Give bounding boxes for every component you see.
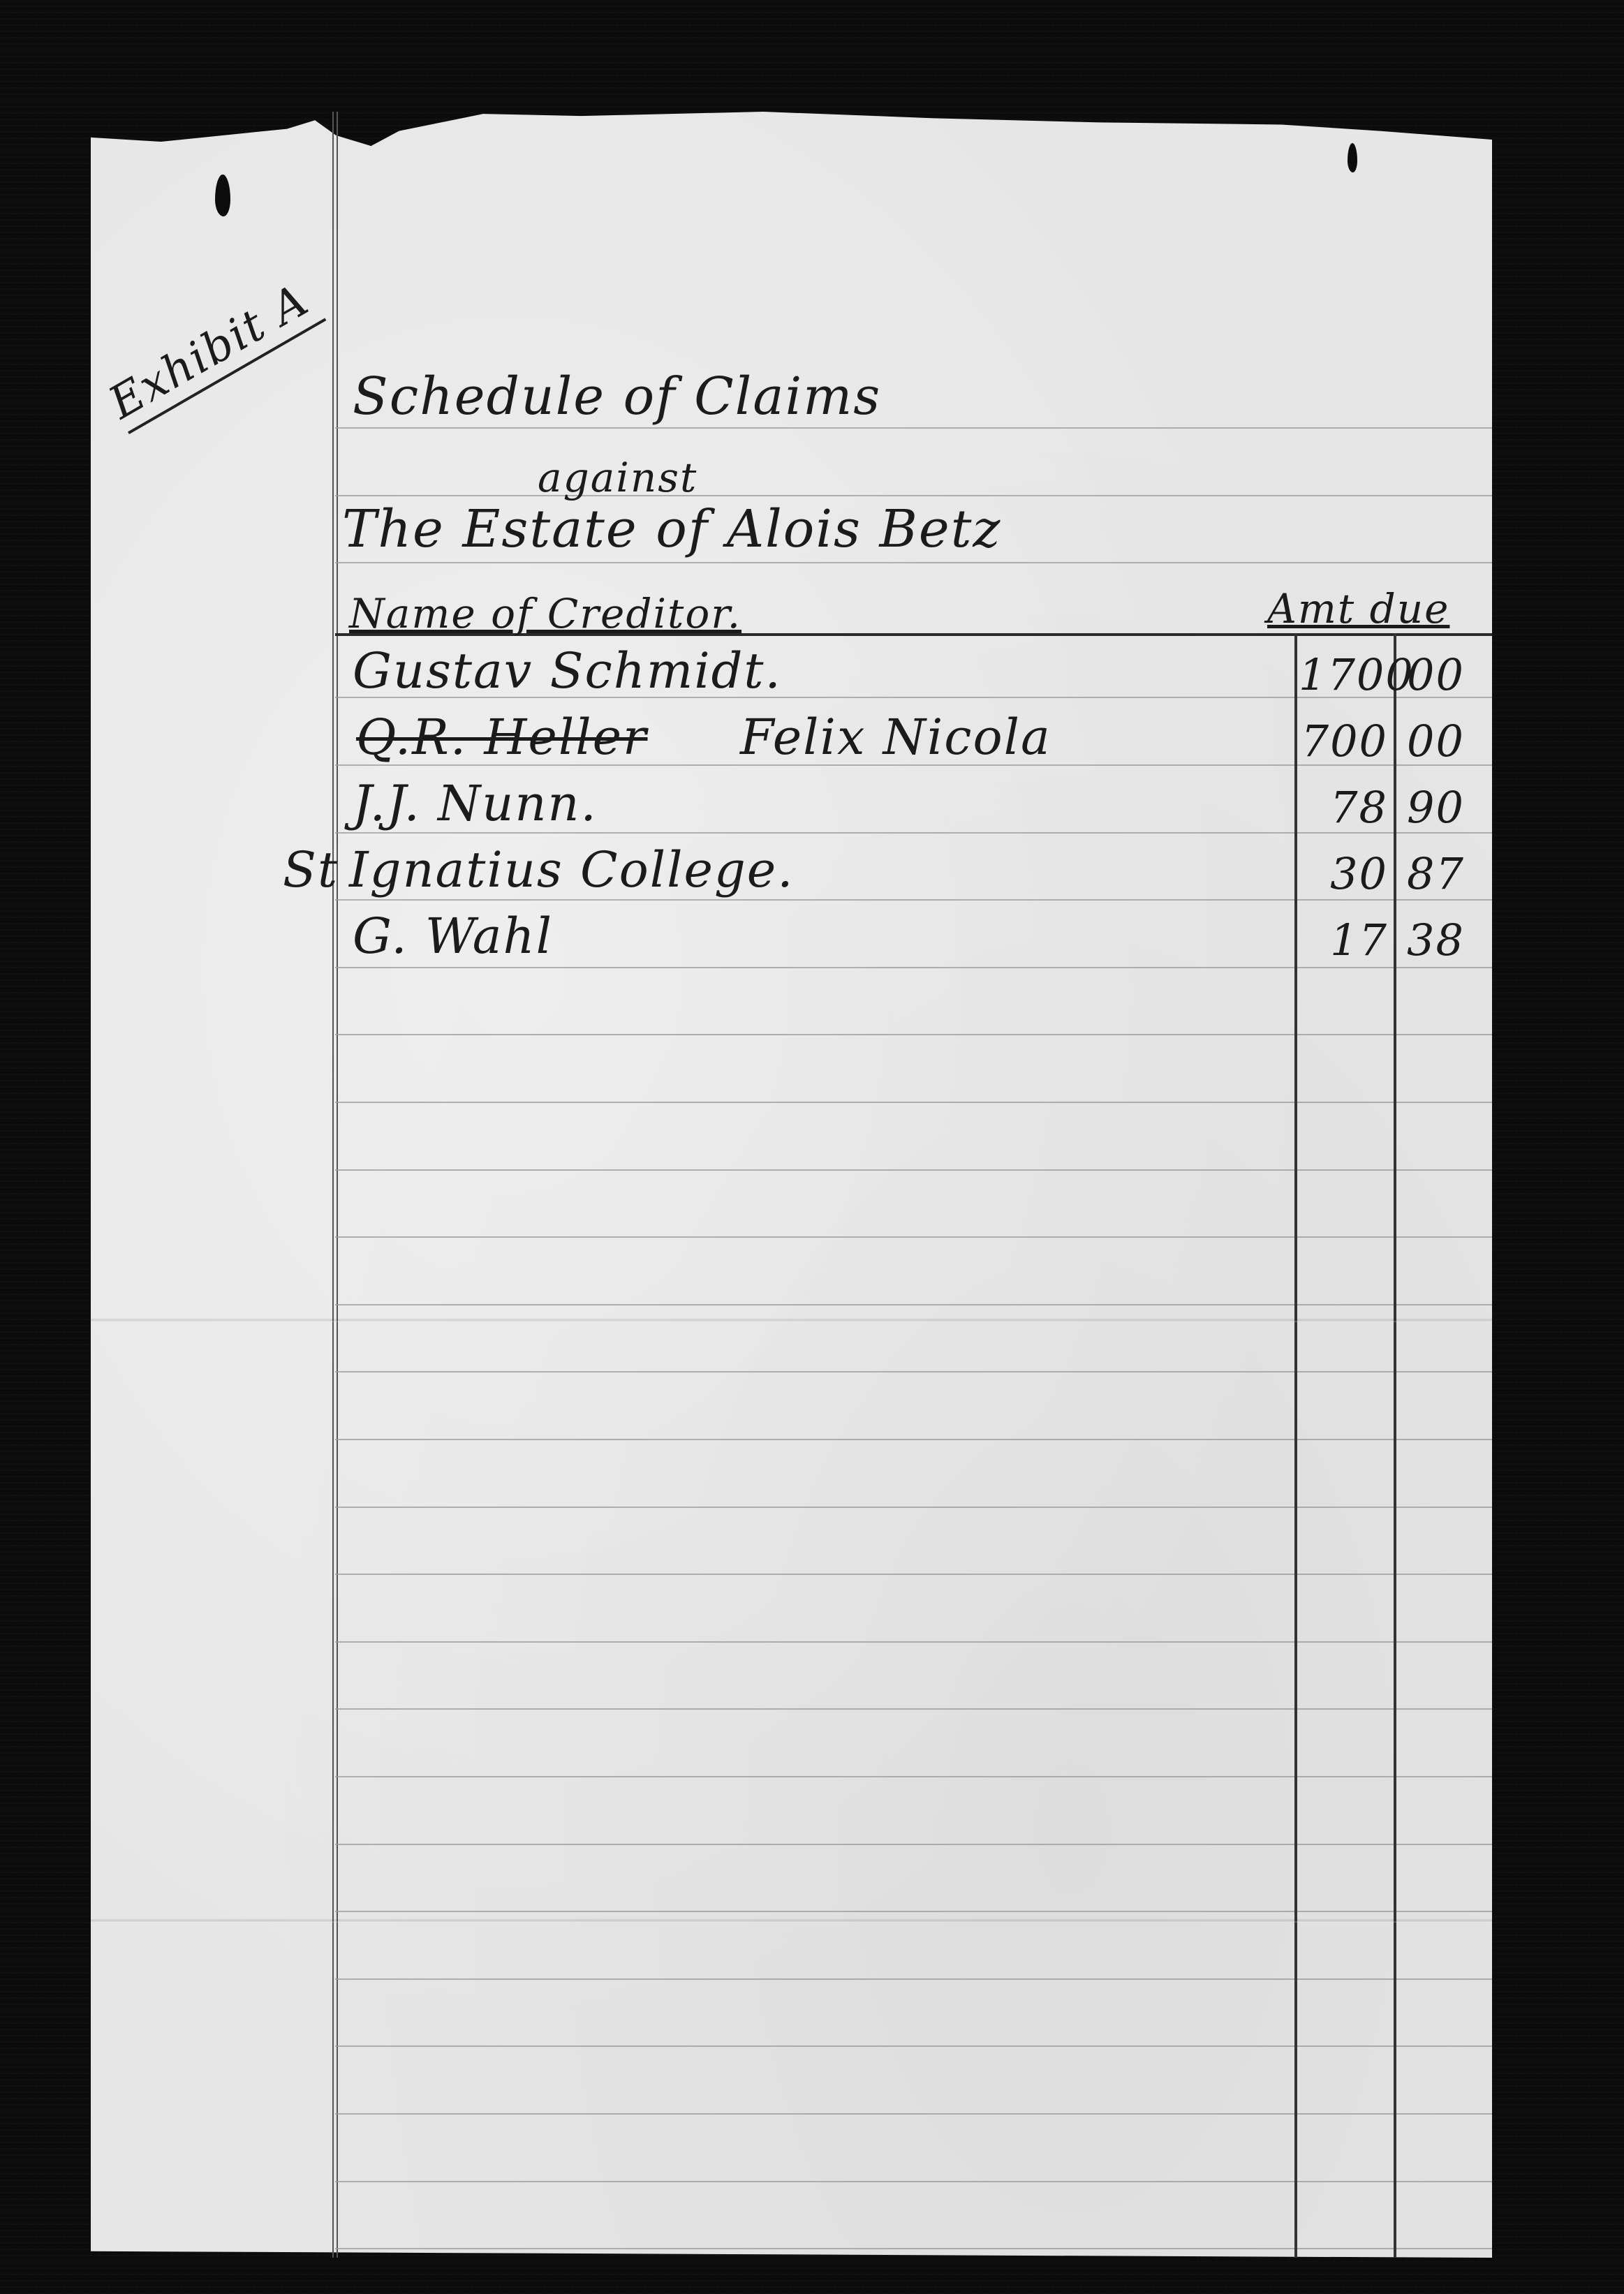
amount-cents: 00: [1407, 649, 1465, 700]
amount-dollars: 17: [1299, 915, 1388, 965]
ruled-line: [335, 562, 1492, 563]
creditor-name: J.J. Nunn.: [353, 775, 598, 832]
ruled-line: [335, 427, 1492, 429]
ruled-line: [335, 1641, 1492, 1643]
ruled-line: [335, 1102, 1492, 1103]
punch-hole-right: [1348, 143, 1357, 172]
creditor-name-prefix: St: [283, 841, 339, 898]
ruled-line: [335, 1439, 1492, 1440]
ruled-line: [335, 1978, 1492, 1980]
schedule-title: Schedule of Claims: [353, 367, 881, 427]
ruled-line: [335, 2248, 1492, 2249]
creditor-name: G. Wahl: [353, 908, 553, 965]
ruled-line: [335, 2181, 1492, 2182]
dollars-column-line: [1294, 633, 1297, 2258]
ruled-line: [335, 1776, 1492, 1777]
creditor-name: Felix Nicola: [740, 709, 1051, 766]
amount-dollars: 78: [1299, 782, 1388, 833]
amount-cents: 38: [1407, 915, 1465, 965]
ruled-line: [335, 1371, 1492, 1372]
ruled-line: [335, 1844, 1492, 1845]
paper-fold: [91, 1918, 1492, 1923]
creditor-name: Gustav Schmidt.: [353, 642, 782, 700]
ruled-line: [335, 1236, 1492, 1238]
estate-title: The Estate of Alois Betz: [342, 499, 1001, 559]
margin-line-inner: [337, 112, 338, 2258]
creditor-column-header: Name of Creditor.: [349, 590, 741, 637]
ruled-line: [335, 2113, 1492, 2115]
paper-fold: [91, 1318, 1492, 1322]
ruled-line: [335, 2045, 1492, 2047]
ruled-line: [335, 967, 1492, 968]
ruled-line: [335, 1304, 1492, 1305]
ruled-line: [335, 1169, 1492, 1171]
amount-dollars: 30: [1299, 848, 1388, 899]
ruled-line: [335, 1911, 1492, 1912]
ruled-line: [335, 1574, 1492, 1575]
amount-cents: 87: [1407, 848, 1465, 899]
against-label: against: [538, 454, 697, 501]
amount-column-header: Amt due: [1267, 585, 1449, 632]
creditor-name: Ignatius College.: [349, 841, 794, 898]
ruled-line: [335, 1507, 1492, 1508]
amount-dollars: 700: [1299, 716, 1388, 767]
ruled-line: [335, 1034, 1492, 1035]
amount-cents: 00: [1407, 716, 1465, 767]
ruled-line: [335, 899, 1492, 901]
ledger-sheet: [91, 112, 1492, 2258]
amount-dollars: 1700: [1299, 649, 1388, 700]
amount-cents: 90: [1407, 782, 1465, 833]
ruled-line: [335, 1708, 1492, 1710]
cents-column-line: [1394, 633, 1396, 2258]
ruled-line: [335, 495, 1492, 496]
margin-line: [332, 112, 334, 2258]
struck-creditor-name: Q.R. Heller: [356, 709, 648, 766]
